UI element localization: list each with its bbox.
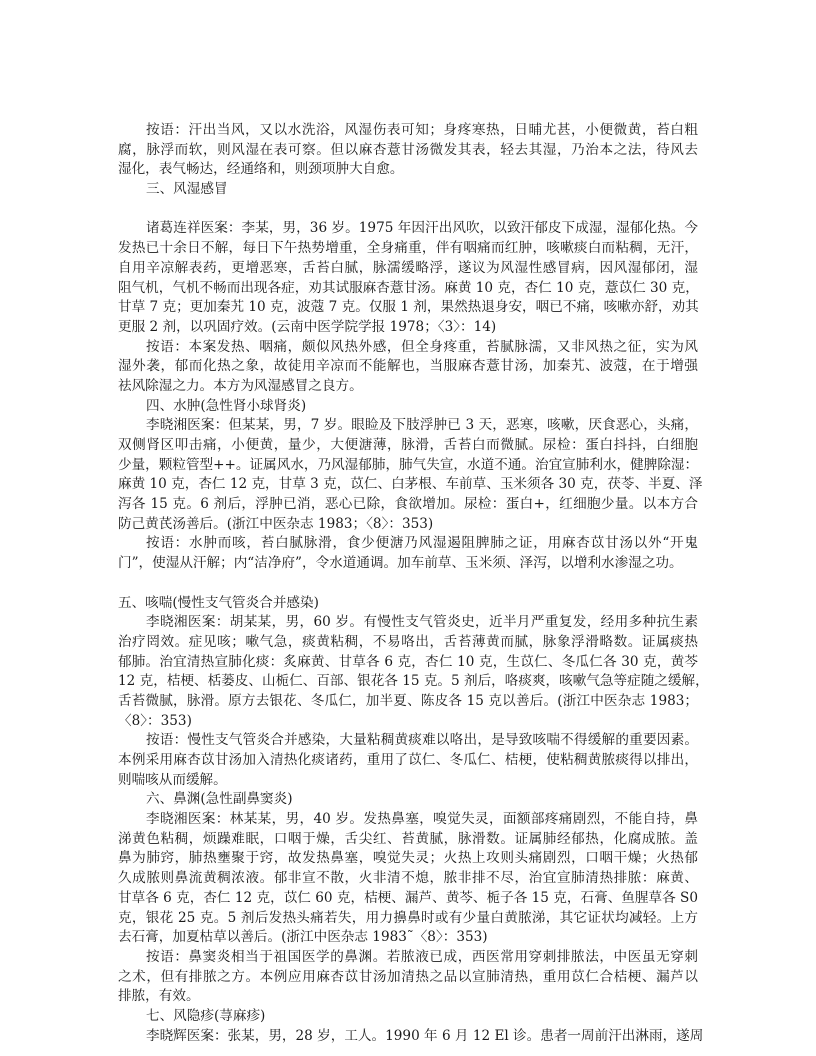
text-line: 泻各 15 克。6 剂后，浮肿已消，恶心已除，食欲增加。尿检：蛋白+，红细胞少量… <box>118 495 698 515</box>
text-line: 三、风湿感冒 <box>118 180 698 200</box>
text-line: 郁肺。治宜清热宣肺化痰：炙麻黄、甘草各 6 克，杏仁 10 克，生苡仁、冬瓜仁各… <box>118 653 698 673</box>
text-line: 则喘咳从而缓解。 <box>118 771 698 791</box>
text-line: 鼻为肺窍，肺热壅聚于窍，故发热鼻塞，嗅觉失灵；火热上攻则头痛剧烈，口咽干燥；火热… <box>118 849 698 869</box>
text-line: 按语：汗出当风，又以水洗浴，风湿伤表可知；身疼寒热，日晡尤甚，小便微黄，苔白粗 <box>118 121 698 141</box>
paragraph: 按语：汗出当风，又以水洗浴，风湿伤表可知；身疼寒热，日晡尤甚，小便微黄，苔白粗腐… <box>118 121 698 180</box>
text-line: 湿化，表气畅达，经通络和，则颈项肿大自愈。 <box>118 160 698 180</box>
paragraph: 李晓湘医案：但某某，男，7 岁。眼睑及下肢浮肿已 3 天，恶寒，咳嗽，厌食恶心，… <box>118 416 698 534</box>
text-line: 按语：鼻窦炎相当于祖国医学的鼻渊。若脓液已成，西医常用穿刺排脓法，中医虽无穿刺 <box>118 948 698 968</box>
paragraph: 李晓湘医案：胡某某，男，60 岁。有慢性支气管炎史，近半月严重复发，经用多种抗生… <box>118 613 698 731</box>
paragraph: 李晓辉医案：张某，男，28 岁，工人。1990 年 6 月 12 El 诊。患者… <box>118 1027 698 1047</box>
text-line: 甘草 7 克；更加秦艽 10 克，波蔻 7 克。仅服 1 剂，果然热退身安，咽已… <box>118 298 698 318</box>
paragraph: 按语：慢性支气管炎合并感染，大量粘稠黄痰难以咯出，是导致咳喘不得缓解的重要因素。… <box>118 731 698 790</box>
text-line: 之术，但有排脓之方。本例应用麻杏苡甘汤加清热之品以宣肺清热，重用苡仁合桔梗、漏芦… <box>118 968 698 988</box>
text-line: 阻气机，气机不畅而出现各症，劝其试服麻杏薏甘汤。麻黄 10 克，杏仁 10 克，… <box>118 279 698 299</box>
text-line: 排脓，有效。 <box>118 987 698 1007</box>
text-line: 本例采用麻杏苡甘汤加入清热化痰诸药，重用了苡仁、冬瓜仁、桔梗，使粘稠黄脓痰得以排… <box>118 751 698 771</box>
text-line: 七、风隐疹(荨麻疹) <box>118 1007 698 1027</box>
section-heading: 六、鼻渊(急性副鼻窦炎) <box>118 790 698 810</box>
text-line: 久成脓则鼻流黄稠浓液。郁非宣不散，火非清不熄，脓非排不尽，治宜宣肺清热排脓：麻黄… <box>118 869 698 889</box>
text-line: 李晓辉医案：张某，男，28 岁，工人。1990 年 6 月 12 El 诊。患者… <box>118 1027 698 1047</box>
text-line: 舌苔微腻，脉滑。原方去银花、冬瓜仁，加半夏、陈皮各 15 克以善后。(浙江中医杂… <box>118 692 698 712</box>
text-line: 门”，使湿从汗解；内“洁净府”，令水道通调。加车前草、玉米须、泽泻，以增利水渗湿… <box>118 554 698 574</box>
text-line: 湿外袭，郁而化热之象，故徒用辛凉而不能解也，当服麻杏薏甘汤，加秦艽、波蔻，在于增… <box>118 357 698 377</box>
section-heading: 四、水肿(急性肾小球肾炎) <box>118 397 698 417</box>
text-line: 自用辛凉解表药，更增恶寒，舌苔白腻，脉濡缓略浮，遂议为风湿性感冒病，因风湿郁闭，… <box>118 259 698 279</box>
text-line: 克，银花 25 克。5 剂后发热头痛若失，用力擤鼻时或有少量白黄脓涕，其它证状均… <box>118 909 698 929</box>
text-line: 发热已十余日不解，每日下午热势增重，全身痛重，伴有咽痛而红肿，咳嗽痰白而粘稠，无… <box>118 239 698 259</box>
section-heading: 三、风湿感冒 <box>118 180 698 200</box>
blank-line <box>118 200 698 220</box>
text-line: 去石膏，加夏枯草以善后。(浙江中医杂志 1983˜〈8〉：353) <box>118 928 698 948</box>
text-line: 四、水肿(急性肾小球肾炎) <box>118 397 698 417</box>
text-line: 腐，脉浮而软，则风湿在表可察。但以麻杏薏甘汤微发其表，轻去其湿，乃治本之法，待风… <box>118 141 698 161</box>
paragraph: 李晓湘医案：林某某，男，40 岁。发热鼻塞，嗅觉失灵，面额部疼痛剧烈，不能自持，… <box>118 810 698 948</box>
section-heading: 五、咳喘(慢性支气管炎合并感染) <box>118 594 698 614</box>
paragraph: 按语：本案发热、咽痛，颇似风热外感，但全身疼重，苔腻脉濡，又非风热之征，实为风湿… <box>118 338 698 397</box>
text-line: 治疗罔效。症见咳；嗽气急，痰黄粘稠，不易咯出，舌苔薄黄而腻，脉象浮滑略数。证属痰… <box>118 633 698 653</box>
text-line: 祛风除湿之力。本方为风湿感冒之良方。 <box>118 377 698 397</box>
text-line: 双侧肾区叩击痛，小便黄，量少，大便溏薄，脉滑，舌苔白而微腻。尿检：蛋白抖抖，白细… <box>118 436 698 456</box>
text-line: 麻黄 10 克，杏仁 12 克，甘草 3 克，苡仁、白茅根、车前草、玉米须各 3… <box>118 475 698 495</box>
blank-line <box>118 574 698 594</box>
section-heading: 七、风隐疹(荨麻疹) <box>118 1007 698 1027</box>
text-line: 涕黄色粘稠，烦躁难眠，口咽于燥，舌尖红、苔黄腻，脉滑数。证属肺经郁热，化腐成脓。… <box>118 830 698 850</box>
text-line: 按语：慢性支气管炎合并感染，大量粘稠黄痰难以咯出，是导致咳喘不得缓解的重要因素。 <box>118 731 698 751</box>
text-line: 按语：本案发热、咽痛，颇似风热外感，但全身疼重，苔腻脉濡，又非风热之征，实为风 <box>118 338 698 358</box>
paragraph: 按语：鼻窦炎相当于祖国医学的鼻渊。若脓液已成，西医常用穿刺排脓法，中医虽无穿刺之… <box>118 948 698 1007</box>
text-line: 防己黄芪汤善后。(浙江中医杂志 1983；〈8〉：353) <box>118 515 698 535</box>
text-line: 甘草各 6 克，杏仁 12 克，苡仁 60 克，桔梗、漏芦、黄芩、栀子各 15 … <box>118 889 698 909</box>
text-line: 五、咳喘(慢性支气管炎合并感染) <box>118 594 698 614</box>
paragraph: 诸葛连祥医案：李某，男，36 岁。1975 年因汗出风吹，以致汗郁皮下成湿，湿郁… <box>118 219 698 337</box>
text-line: 〈8〉：353) <box>118 712 698 732</box>
text-line: 李晓湘医案：胡某某，男，60 岁。有慢性支气管炎史，近半月严重复发，经用多种抗生… <box>118 613 698 633</box>
text-line: 李晓湘医案：但某某，男，7 岁。眼睑及下肢浮肿已 3 天，恶寒，咳嗽，厌食恶心，… <box>118 416 698 436</box>
text-line: 12 克，桔梗、栝蒌皮、山栀仁、百部、银花各 15 克。5 剂后，咯痰爽，咳嗽气… <box>118 672 698 692</box>
text-line: 按语：水肿而咳，苔白腻脉滑，食少便溏乃风湿遏阻脾肺之证，用麻杏苡甘汤以外“开鬼 <box>118 534 698 554</box>
paragraph: 按语：水肿而咳，苔白腻脉滑，食少便溏乃风湿遏阻脾肺之证，用麻杏苡甘汤以外“开鬼门… <box>118 534 698 573</box>
text-line: 李晓湘医案：林某某，男，40 岁。发热鼻塞，嗅觉失灵，面额部疼痛剧烈，不能自持，… <box>118 810 698 830</box>
text-line: 诸葛连祥医案：李某，男，36 岁。1975 年因汗出风吹，以致汗郁皮下成湿，湿郁… <box>118 219 698 239</box>
text-line: 六、鼻渊(急性副鼻窦炎) <box>118 790 698 810</box>
document-page: 按语：汗出当风，又以水洗浴，风湿伤表可知；身疼寒热，日晡尤甚，小便微黄，苔白粗腐… <box>118 121 698 1046</box>
text-line: 更服 2 剂，以巩固疗效。(云南中医学院学报 1978；〈3〉：14) <box>118 318 698 338</box>
text-line: 少量，颗粒管型++。证属风水，乃风湿郁肺，肺气失宣，水道不通。治宜宣肺利水，健脾… <box>118 456 698 476</box>
